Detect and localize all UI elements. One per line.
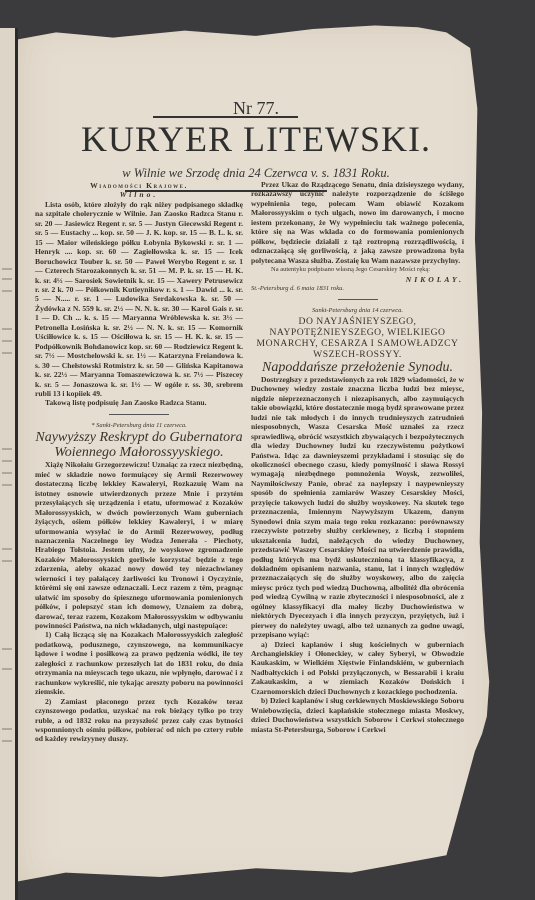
masthead-title: KURYER LITEWSKI. (18, 118, 494, 160)
signature: NIKOLAY. (251, 275, 464, 284)
previous-page-edge (0, 28, 18, 900)
section-heading: Wiadomości Krajowe. (35, 181, 243, 190)
article-divider (109, 414, 169, 415)
article-dateline: * Sankt-Petersburg dnia 11 czerwca. (35, 421, 243, 430)
stain (458, 860, 464, 865)
stain (436, 868, 444, 874)
place-heading: Wilno. (35, 190, 243, 199)
article-title: Napoddańsze przełożenie Synodu. (251, 360, 464, 375)
article-paragraph: Przez Ukaz do Rządzącego Senatu, dnia dz… (251, 180, 464, 265)
article-heading: DO NAYJAŚNIEYSZEGO, NAYPOTĘŻNIEYSZEGO, W… (251, 316, 464, 360)
signature-place-date: St.-Petersburg d. 6 maia 1831 roku. (251, 284, 464, 293)
left-column: Wiadomości Krajowe. Wilno. Lista osób, k… (35, 181, 243, 744)
article-paragraph: Xiążę Nikołaiu Grzegorzewiczu! Uznaiąc z… (35, 460, 243, 630)
right-column: Przez Ukaz do Rządzącego Senatu, dnia dz… (251, 180, 464, 734)
article-paragraph: Dostrzegłszy z przedstawionych za rok 18… (251, 375, 464, 640)
article-paragraph: b) Dzieci kaplanów i sług cerkiewnych Mo… (251, 696, 464, 734)
article-paragraph: Takową listę podpisuię Jan Zaosko Radzca… (35, 398, 243, 407)
dateline: w Wilnie we Srzodę dnia 24 Czerwca v. s.… (18, 166, 494, 181)
article-paragraph: a) Dzieci kaplanów i sług kościelnych w … (251, 640, 464, 697)
article-paragraph: 2) Zamiast płaconego przez tych Kozaków … (35, 697, 243, 744)
article-divider (338, 299, 378, 300)
article-dateline: Sankt-Petersburg dnia 14 czerwca. (251, 306, 464, 315)
article-title: Naywyższy Reskrypt do Gubernatora Woienn… (35, 430, 243, 460)
signature-note: Na autentyku podpisano własną Jego Cesar… (251, 265, 464, 274)
article-paragraph: Lista osób, które złożyły do rąk niżey p… (35, 200, 243, 399)
article-paragraph: 1) Całą liczącą się na Kozakach Małoross… (35, 630, 243, 696)
